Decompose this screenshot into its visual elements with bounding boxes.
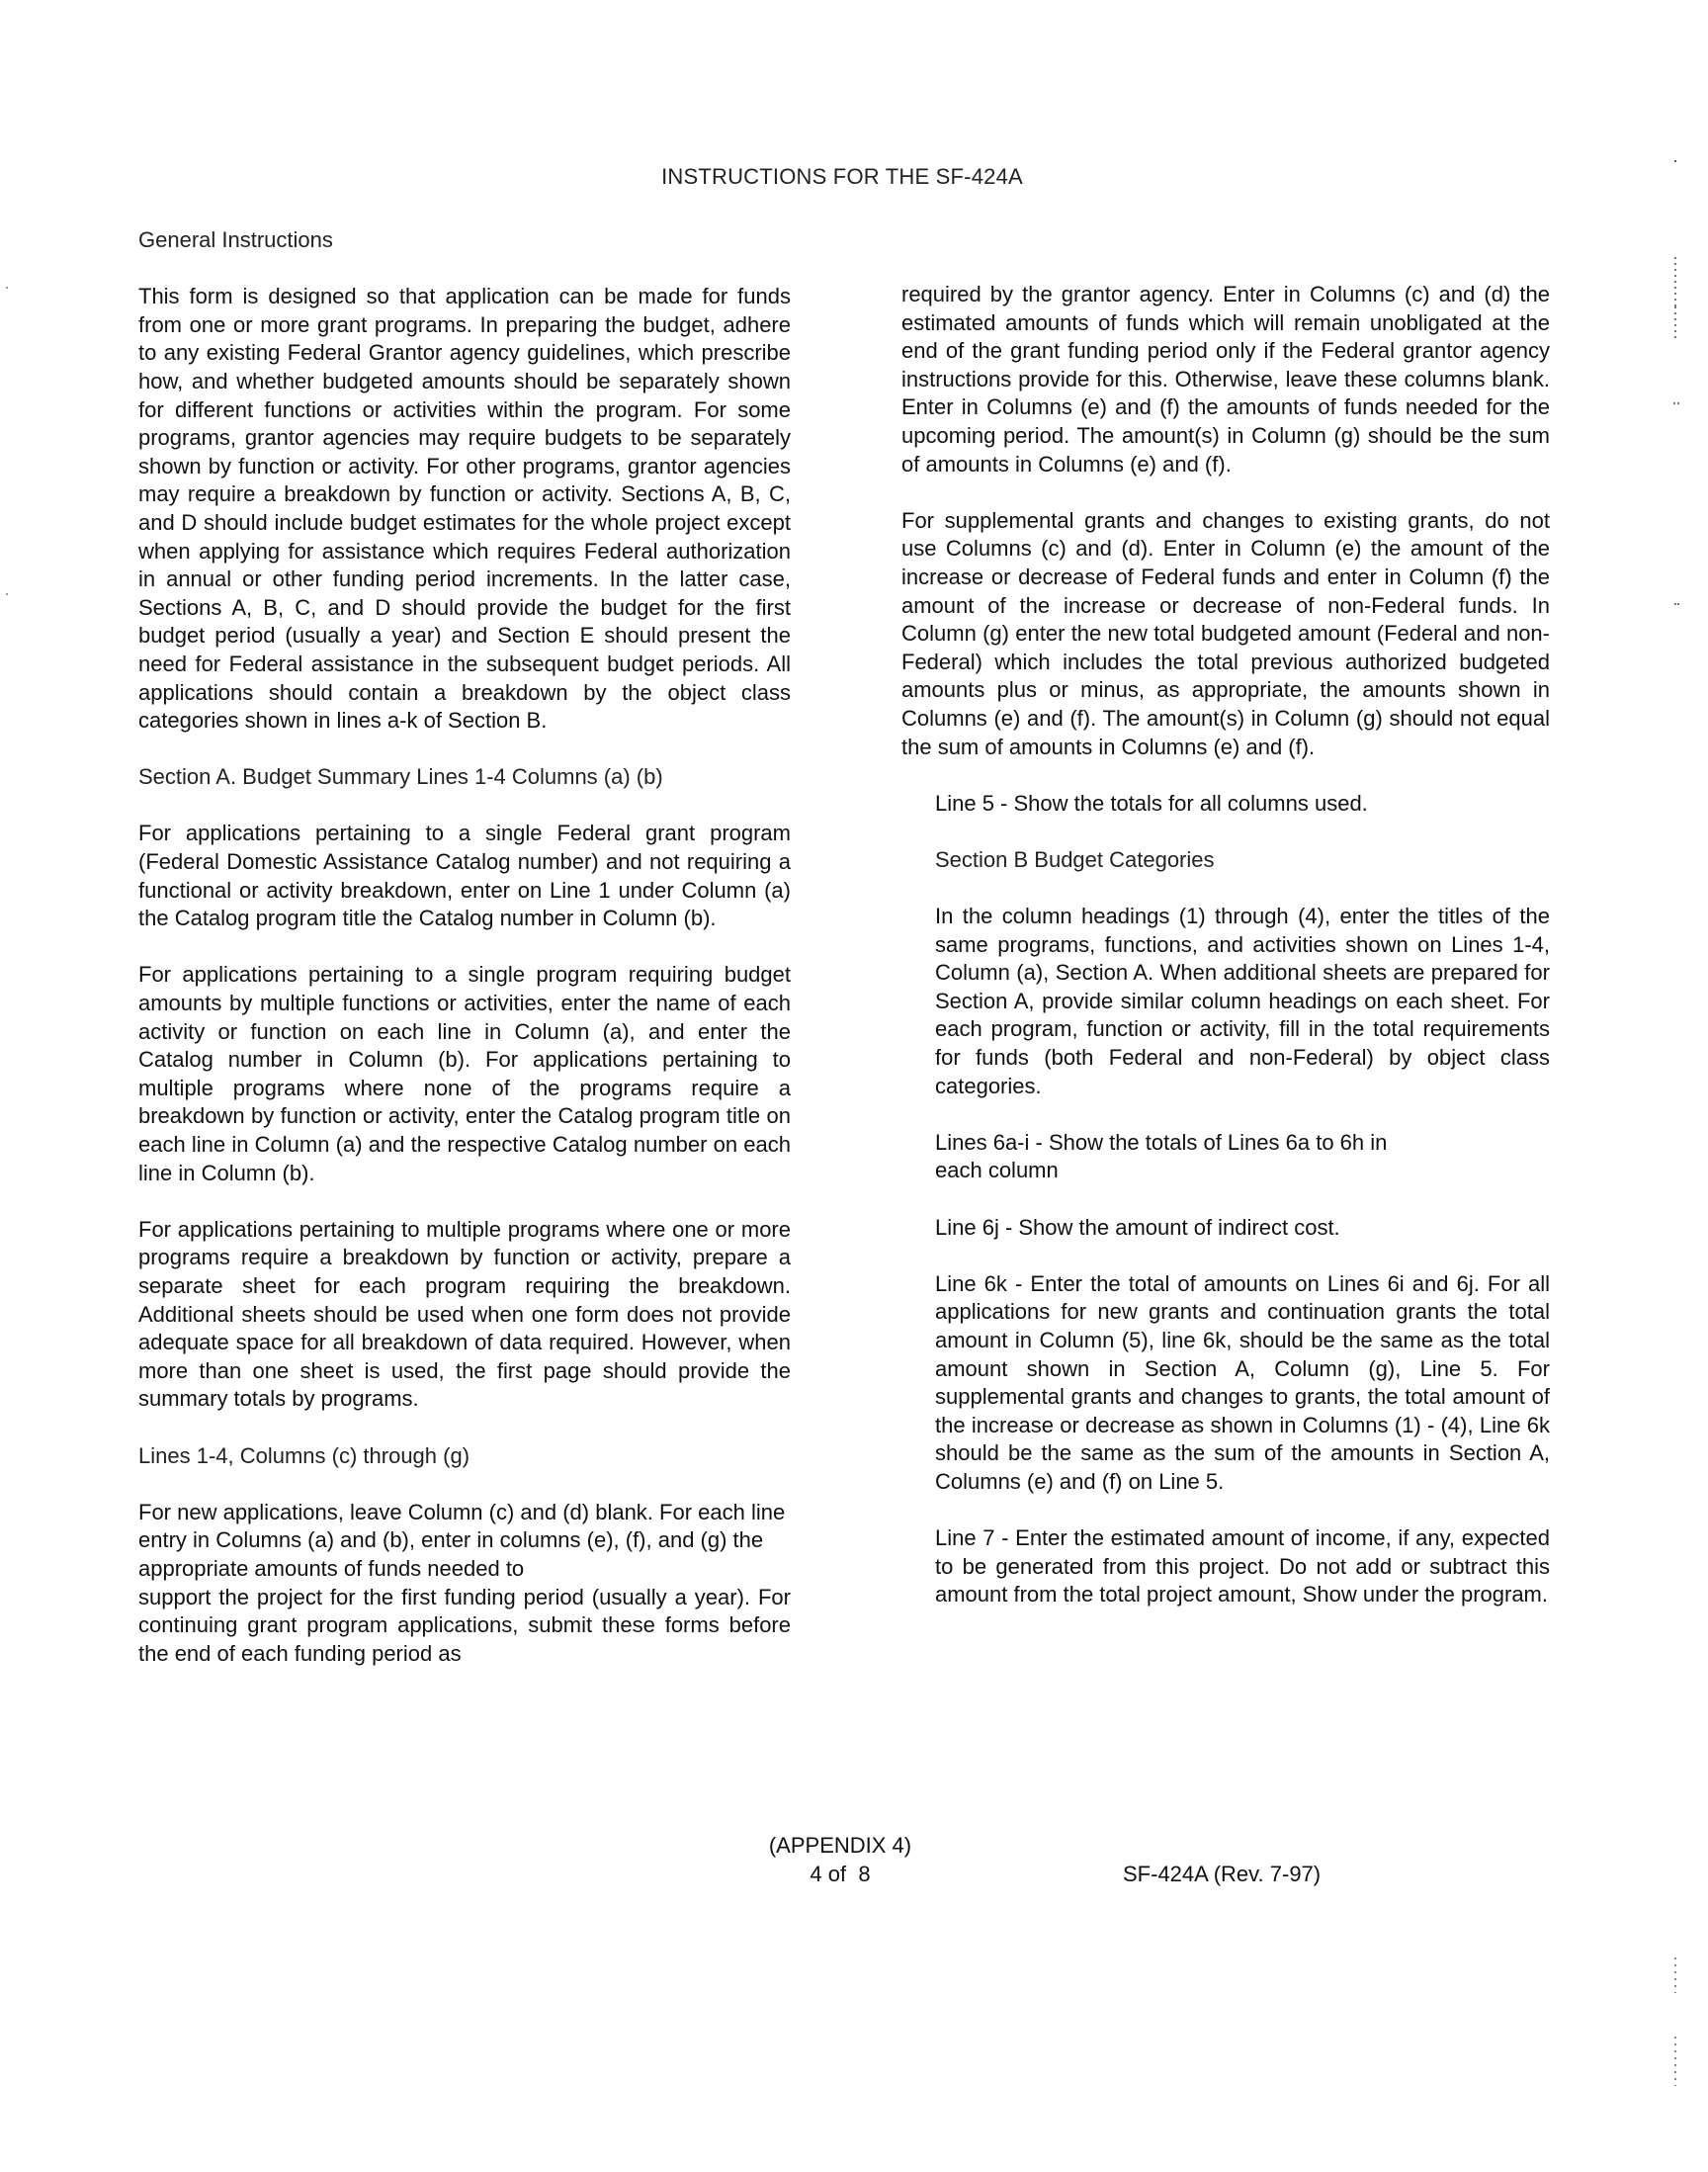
line-6j-instruction: Line 6j - Show the amount of indirect co… <box>935 1214 1550 1243</box>
scan-artifact <box>1674 1957 1676 1993</box>
line-6k-instruction: Line 6k - Enter the total of amounts on … <box>935 1270 1550 1497</box>
page-title-text: INSTRUCTIONS FOR THE SF-424A <box>661 164 1023 189</box>
section-a-paragraph-3: For applications pertaining to multiple … <box>138 1216 791 1414</box>
lines-6a-i-instruction: Lines 6a-i - Show the totals of Lines 6a… <box>935 1129 1400 1185</box>
lines-1-4-columns-c-g-heading: Lines 1-4, Columns (c) through (g) <box>138 1442 791 1471</box>
general-instructions-paragraph: This form is designed so that applicatio… <box>138 283 791 736</box>
section-a-paragraph-1: For applications pertaining to a single … <box>138 820 791 932</box>
section-a-paragraph-2: For applications pertaining to a single … <box>138 961 791 1187</box>
appendix-label: (APPENDIX 4) <box>731 1831 949 1860</box>
section-b-paragraph: In the column headings (1) through (4), … <box>935 903 1550 1100</box>
scan-artifact <box>6 593 8 595</box>
section-b-heading: Section B Budget Categories <box>935 846 1550 875</box>
page-number: 4 of 8 <box>731 1860 949 1888</box>
scan-artifact <box>6 287 8 289</box>
continued-paragraph: required by the grantor agency. Enter in… <box>901 281 1550 478</box>
scan-artifact <box>1674 2037 1676 2086</box>
right-column: required by the grantor agency. Enter in… <box>901 281 1550 1609</box>
new-applications-paragraph-part-2: support the project for the first fundin… <box>138 1584 791 1669</box>
left-column: General Instructions This form is design… <box>138 226 791 1668</box>
scan-artifact <box>1674 160 1676 162</box>
line-7-instruction: Line 7 - Enter the estimated amount of i… <box>935 1524 1550 1609</box>
scan-artifact <box>1674 603 1679 605</box>
supplemental-grants-paragraph: For supplemental grants and changes to e… <box>901 507 1550 761</box>
footer-appendix-block: (APPENDIX 4) 4 of 8 <box>731 1831 949 1888</box>
scan-artifact <box>1674 306 1676 342</box>
section-a-heading: Section A. Budget Summary Lines 1-4 Colu… <box>138 763 791 792</box>
scan-artifact <box>1674 257 1676 306</box>
general-instructions-heading: General Instructions <box>138 226 791 255</box>
page-title: INSTRUCTIONS FOR THE SF-424A <box>0 164 1708 190</box>
section-b-block: Line 5 - Show the totals for all columns… <box>901 790 1550 1609</box>
new-applications-paragraph-part-1: For new applications, leave Column (c) a… <box>138 1499 791 1584</box>
form-revision-label: SF-424A (Rev. 7-97) <box>1123 1860 1321 1888</box>
line-5-instruction: Line 5 - Show the totals for all columns… <box>935 790 1550 819</box>
scan-artifact <box>1673 402 1679 404</box>
